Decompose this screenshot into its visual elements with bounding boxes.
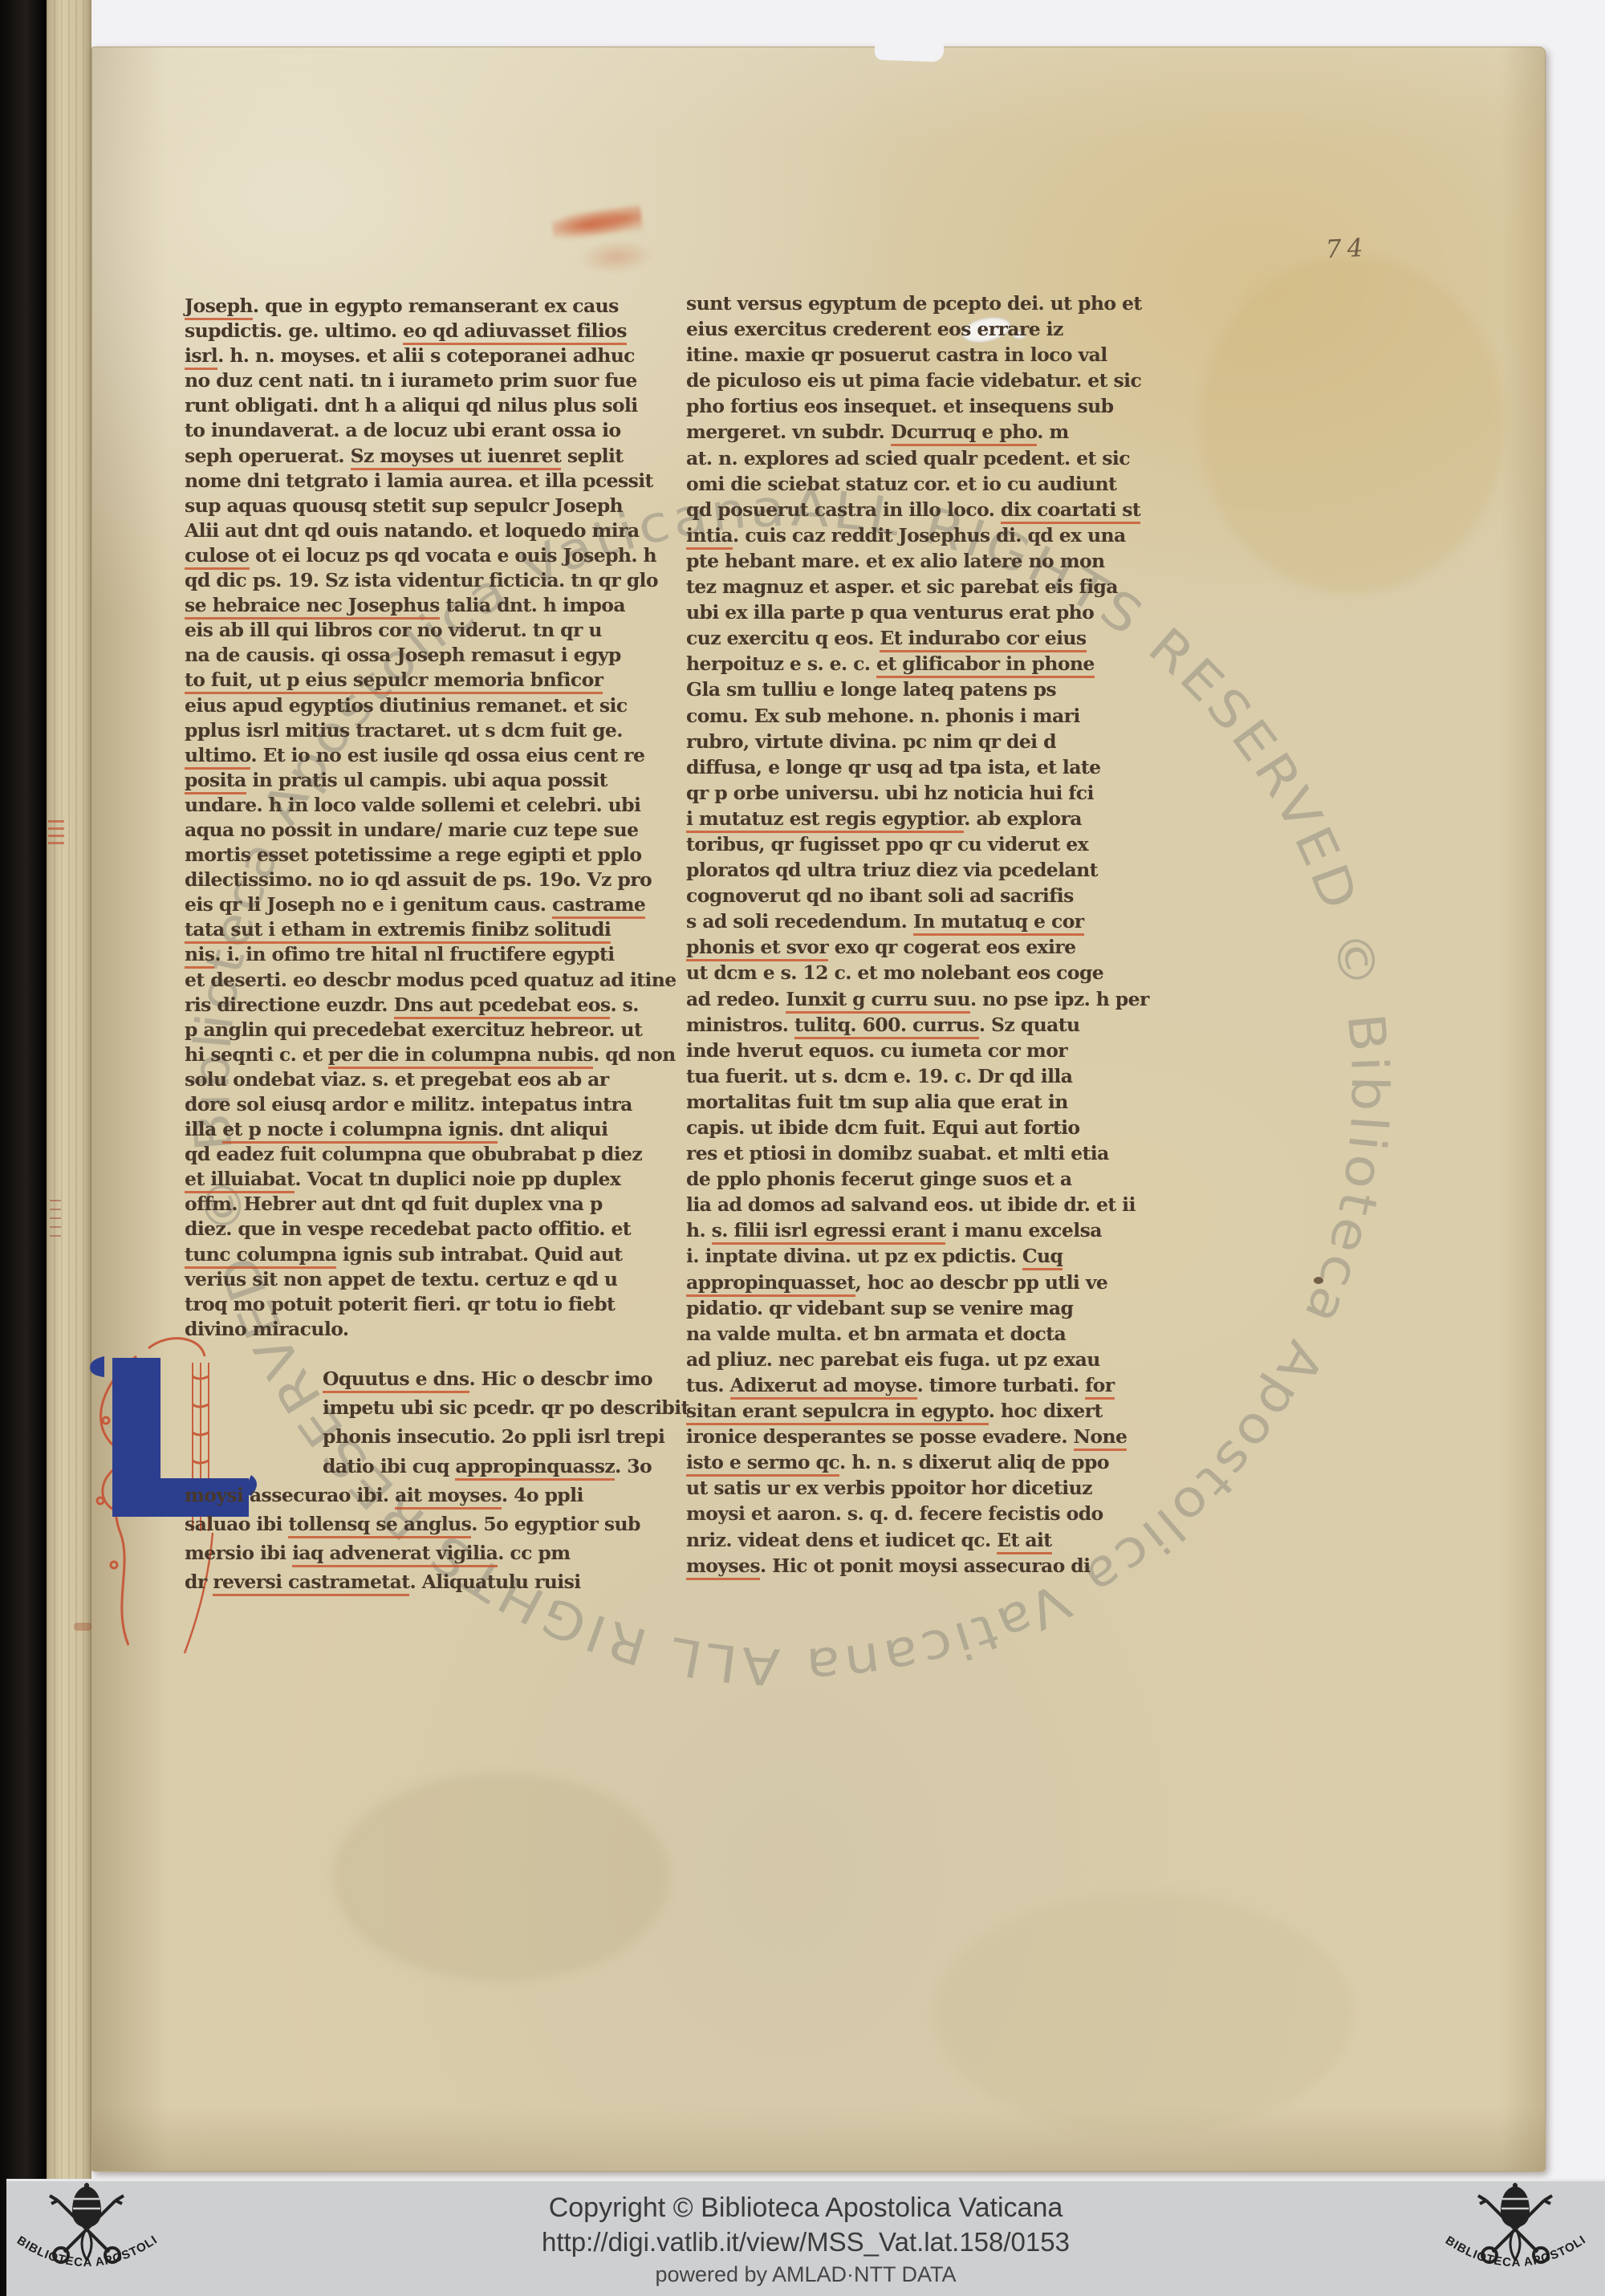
rubricated-phrase: sitan erant sepulcra in egypto	[686, 1400, 989, 1425]
text-line: moysi assecurao ibi. ait moyses. 4o ppli	[185, 1481, 644, 1510]
text-line: ironice desperantes se posse evadere. No…	[686, 1424, 1152, 1449]
rubricated-phrase: se hebraice nec Josephus	[185, 594, 440, 620]
text-line: h. s. filii isrl egressi erant i manu ex…	[686, 1217, 1152, 1243]
text-line: toribus, qr fugisset ppo qr cu viderut e…	[686, 831, 1152, 857]
text-line: ad redeo. Iunxit g curru suu. no pse ipz…	[686, 986, 1152, 1012]
text-line: runt obligati. dnt h a aliqui qd nilus p…	[185, 393, 644, 418]
text-line: phonis et svor exo qr cogerat eos exire	[686, 934, 1152, 960]
text-line: de pplo phonis fecerut ginge suos et a	[686, 1166, 1152, 1192]
text-line: phonis insecutio. 2o ppli isrl trepi	[185, 1422, 644, 1451]
vatican-library-logo-right: BIBLIOTECA APOSTOLICA VATICANA	[1435, 2181, 1595, 2292]
text-line: aqua no possit in undare/ marie cuz tepe…	[185, 818, 644, 843]
rubricated-phrase: Oquutus e dns	[323, 1367, 469, 1393]
text-line: to inundaverat. a de locuz ubi erant oss…	[185, 418, 644, 443]
text-line: qd posuerut castra in illo loco. dix coa…	[686, 497, 1152, 522]
rubricated-phrase: tulitq. 600. currus	[794, 1014, 979, 1039]
rubricated-phrase: tunc columpna	[185, 1243, 336, 1269]
text-line: sunt versus egyptum de pcepto dei. ut ph…	[686, 291, 1152, 316]
rubricated-phrase: et illuiabat	[185, 1168, 295, 1193]
rubricated-phrase: appropinquasset	[686, 1271, 855, 1297]
text-line: qd dic ps. 19. Sz ista videntur ficticia…	[185, 568, 644, 593]
rubricated-phrase: tata sut i etham in extremis finibz soli…	[185, 918, 611, 944]
text-line: tez magnuz et asper. et sic parebat eis …	[686, 574, 1152, 599]
text-line: Alii aut dnt qd ouis natando. et loquedo…	[185, 518, 644, 543]
text-line: datio ibi cuq appropinquassz. 3o	[185, 1452, 644, 1481]
text-line: rubro, virtute divina. pc nim qr dei d	[686, 729, 1152, 754]
text-line: moysi et aaron. s. q. d. fecere fecistis…	[686, 1501, 1152, 1526]
rubricated-phrase: Joseph	[185, 295, 253, 320]
text-line: eius exercitus crederent eos errare iz	[686, 316, 1152, 342]
rubricated-phrase: et glificabor in phone	[876, 652, 1095, 678]
text-line: s ad soli recedendum. In mutatuq e cor	[686, 908, 1152, 934]
text-line: isrl. h. n. moyses. et alii s coteporane…	[185, 343, 644, 368]
text-line: Gla sm tulliu e longe lateq patens ps	[686, 677, 1152, 702]
rubricated-phrase: Iunxit g curru suu	[786, 988, 970, 1014]
text-line: mortis esset potetissime a rege egipti e…	[185, 843, 644, 868]
text-line: tata sut i etham in extremis finibz soli…	[185, 917, 644, 942]
rubricated-phrase: In mutatuq e cor	[913, 910, 1084, 936]
text-line: supdictis. ge. ultimo. eo qd adiuvasset …	[185, 319, 644, 343]
rubricated-phrase: per die in columpna nubis	[328, 1043, 593, 1069]
rubricated-phrase: Sz moyses ut iuenret	[351, 445, 562, 470]
text-line: ad pliuz. nec parebat eis fuga. ut pz ex…	[686, 1347, 1152, 1372]
text-line: diffusa, e longe qr usq ad tpa ista, et …	[686, 754, 1152, 780]
text-line: i mutatuz est regis egyptior. ab explora	[686, 806, 1152, 831]
text-line: offm. Hebrer aut dnt qd fuit duplex vna …	[185, 1192, 644, 1217]
text-line: ris directione euzdr. Dns aut pcedebat e…	[185, 993, 644, 1018]
text-line: i. inptate divina. ut pz ex pdictis. Cuq	[686, 1243, 1152, 1269]
rubricated-phrase: None	[1074, 1425, 1128, 1451]
powered-by-line: powered by AMLAD·NTT DATA	[6, 2257, 1605, 2287]
crossed-keys-tiara-emblem	[1478, 2183, 1552, 2262]
text-line: moyses. Hic ot ponit moysi assecurao di	[686, 1553, 1152, 1579]
text-line: pho fortius eos insequet. et insequens s…	[686, 393, 1152, 419]
text-line: de piculoso eis ut pima facie videbatur.…	[686, 368, 1152, 393]
text-line: qr p orbe universu. ubi hz noticia hui f…	[686, 780, 1152, 806]
text-line: itine. maxie qr posuerut castra in loco …	[686, 342, 1152, 368]
text-line: ploratos qd ultra triuz diez via pcedela…	[686, 857, 1152, 883]
rubricated-phrase: dix coartati st	[1001, 498, 1140, 524]
text-line: Oquutus e dns. Hic o descbr imo	[185, 1364, 644, 1393]
rubricated-phrase: isto e sermo qc	[686, 1451, 839, 1477]
text-line: nome dni tetgrato i lamia aurea. et illa…	[185, 469, 644, 494]
text-line: mersio ibi iaq advenerat vigilia. cc pm	[185, 1538, 644, 1567]
text-line: dilectissimo. no io qd assuit de ps. 19o…	[185, 868, 644, 892]
text-line: tus. Adixerut ad moyse. timore turbati. …	[686, 1372, 1152, 1398]
text-line: eius apud egyptios diutinius remanet. et…	[185, 693, 644, 718]
text-line: impetu ubi sic pcedr. qr po describit	[185, 1393, 644, 1422]
text-line: ut dcm e s. 12 c. et mo nolebant eos cog…	[686, 960, 1152, 985]
rubricated-phrase: Dcurruq e pho	[891, 421, 1037, 446]
url-line: http://digi.vatlib.it/view/MSS_Vat.lat.1…	[6, 2224, 1605, 2257]
rubricated-phrase: s. filii isrl egressi erant	[712, 1219, 946, 1245]
rubricated-phrase: castrame	[552, 893, 645, 919]
text-line: na valde multa. et bn armata et docta	[686, 1321, 1152, 1347]
text-line: diez. que in vespe recedebat pacto offit…	[185, 1217, 644, 1241]
text-line: culose ot ei locuz ps qd vocata e ouis J…	[185, 543, 644, 568]
text-line: tua fuerit. ut s. dcm e. 19. c. Dr qd il…	[686, 1063, 1152, 1089]
text-line: se hebraice nec Josephus talia dnt. h im…	[185, 593, 644, 618]
text-line: inde hverut equos. cu iumeta cor mor	[686, 1038, 1152, 1063]
rubricated-phrase: moyses	[686, 1554, 760, 1580]
rubricated-phrase: phonis et svor	[686, 936, 828, 961]
text-line: pidatio. qr videbant sup se venire mag	[686, 1295, 1152, 1321]
rubricated-phrase: culose	[185, 544, 250, 570]
rubricated-phrase: posita	[185, 769, 246, 794]
text-line: seph operuerat. Sz moyses ut iuenret sep…	[185, 444, 644, 469]
rubricated-phrase: Et ait	[997, 1529, 1051, 1554]
text-line: Joseph. que in egypto remanserant ex cau…	[185, 294, 644, 319]
text-line: et deserti. eo descbr modus pced quatuz …	[185, 968, 644, 993]
text-line: hi seqnti c. et per die in columpna nubi…	[185, 1042, 644, 1067]
text-line: divino miraculo.	[185, 1317, 644, 1342]
rubricated-phrase: nis	[185, 943, 214, 969]
rubricated-phrase: Adixerut ad moyse	[730, 1374, 917, 1400]
red-ink-smudge	[579, 238, 655, 275]
text-line: et illuiabat. Vocat tn duplici noie pp d…	[185, 1167, 644, 1192]
text-line: dr reversi castrametat. Aliquatulu ruisi	[185, 1567, 644, 1596]
text-line: no duz cent nati. tn i iurameto prim suo…	[185, 368, 644, 393]
rubricated-phrase: Et indurabo cor eius	[880, 627, 1086, 652]
rubricated-phrase: tollensq se anglus	[288, 1513, 471, 1538]
text-line: posita in pratis ul campis. ubi aqua pos…	[185, 768, 644, 793]
right-column-text: sunt versus egyptum de pcepto dei. ut ph…	[686, 291, 1152, 1579]
text-line: ultimo. Et io no est iusile qd ossa eius…	[185, 743, 644, 768]
text-line: ut satis ur ex verbis ppoitor hor diceti…	[686, 1475, 1152, 1501]
text-line: na de causis. qi ossa Joseph remasut i e…	[185, 643, 644, 668]
rubricated-phrase: eo qd adiuvasset filios	[403, 319, 627, 345]
text-line: pplus isrl mitius tractaret. ut s dcm fu…	[185, 718, 644, 743]
rubricated-phrase: Cuq	[1022, 1245, 1063, 1270]
text-line: lia ad domos ad salvand eos. ut ibide dr…	[686, 1192, 1152, 1217]
text-line: intia. cuis caz reddit Josephus di. qd e…	[686, 522, 1152, 548]
digitized-manuscript-scan: { "page": { "folio_number": "74", "chapt…	[0, 0, 1605, 2296]
copyright-line: Copyright © Biblioteca Apostolica Vatica…	[6, 2181, 1605, 2224]
text-line: eis qr li Joseph no e i genitum caus. ca…	[185, 892, 644, 917]
rubricated-phrase: appropinquassz	[455, 1455, 615, 1481]
rubricated-phrase: isrl	[185, 344, 217, 370]
rubricated-phrase: et p nocte i columpna ignis	[222, 1118, 498, 1144]
text-line: cognoverut qd no ibant soli ad sacrifis	[686, 883, 1152, 908]
rubricated-phrase: Dns aut pcedebat eos	[394, 994, 611, 1019]
text-line: isto e sermo qc. h. n. s dixerut aliq de…	[686, 1449, 1152, 1475]
text-line: p anglin qui precedebat exercituz hebreo…	[185, 1018, 644, 1042]
text-line: ministros. tulitq. 600. currus. Sz quatu	[686, 1012, 1152, 1038]
text-line: omi die sciebat statuz cor. et io cu aud…	[686, 471, 1152, 497]
text-line: pte hebant mare. et ex alio latere no mo…	[686, 548, 1152, 574]
crossed-keys-tiara-emblem	[50, 2183, 124, 2262]
text-line: solu ondebat viaz. s. et pregebat eos ab…	[185, 1067, 644, 1092]
text-line: sitan erant sepulcra in egypto. hoc dixe…	[686, 1398, 1152, 1424]
text-line: at. n. explores ad scied qualr pcedent. …	[686, 445, 1152, 471]
text-line: nriz. videat dens et iudicet qc. Et ait	[686, 1527, 1152, 1553]
rubricated-phrase: iaq advenerat vigilia	[292, 1542, 498, 1567]
text-line: saluao ibi tollensq se anglus. 5o egypti…	[185, 1510, 644, 1538]
text-line: cuz exercitu q eos. Et indurabo cor eius	[686, 625, 1152, 651]
rubricated-phrase: intia	[686, 524, 733, 550]
rubricated-phrase: to fuit, ut p eius sepulcr memoria bnfic…	[185, 668, 603, 694]
footer-bar: Copyright © Biblioteca Apostolica Vatica…	[6, 2179, 1605, 2296]
text-line: appropinquasset, hoc ao descbr pp utli v…	[686, 1270, 1152, 1295]
text-line: ubi ex illa parte p qua venturus erat ph…	[686, 599, 1152, 625]
text-line: res et ptiosi in domibz suabat. et mlti …	[686, 1140, 1152, 1166]
left-column-initial-section: Oquutus e dns. Hic o descbr imoimpetu ub…	[185, 1364, 644, 1597]
text-line: mergeret. vn subdr. Dcurruq e pho. m	[686, 419, 1152, 445]
rubricated-phrase: i mutatuz est regis egyptior	[686, 807, 964, 833]
text-line: dore sol eiusq ardor e militz. intepatus…	[185, 1092, 644, 1117]
rubricated-phrase: ultimo	[185, 744, 250, 770]
text-line: herpoituz e s. e. c. et glificabor in ph…	[686, 651, 1152, 677]
vatican-library-logo-left: BIBLIOTECA APOSTOLICA VATICANA	[6, 2181, 167, 2292]
text-line: nis. i. in ofimo tre hital nl fructifere…	[185, 942, 644, 967]
text-line: qd eadez fuit columpna que obubrabat p d…	[185, 1142, 644, 1167]
rubricated-phrase: reversi castrametat	[213, 1571, 409, 1596]
text-line: mortalitas fuit tm sup alia que erat in	[686, 1089, 1152, 1115]
rubricated-phrase: ait moyses	[395, 1484, 502, 1510]
rubricated-phrase: for	[1085, 1374, 1114, 1400]
text-line: tunc columpna ignis sub intrabat. Quid a…	[185, 1242, 644, 1267]
text-line: comu. Ex sub mehone. n. phonis i mari	[686, 703, 1152, 729]
folio-number: 74	[1325, 234, 1369, 265]
text-line: sup aquas quousq stetit sup sepulcr Jose…	[185, 494, 644, 518]
text-line: troq mo potuit poterit fieri. qr totu io…	[185, 1292, 644, 1317]
text-line: eis ab ill qui libros cor no viderut. tn…	[185, 618, 644, 643]
text-line: illa et p nocte i columpna ignis. dnt al…	[185, 1117, 644, 1142]
text-line: to fuit, ut p eius sepulcr memoria bnfic…	[185, 668, 644, 693]
text-line: verius sit non appet de textu. certuz e …	[185, 1267, 644, 1292]
text-line: capis. ut ibide dcm fuit. Equi aut forti…	[686, 1115, 1152, 1140]
left-column-text: Joseph. que in egypto remanserant ex cau…	[185, 294, 644, 1342]
text-line: undare. h in loco valde sollemi et celeb…	[185, 793, 644, 818]
